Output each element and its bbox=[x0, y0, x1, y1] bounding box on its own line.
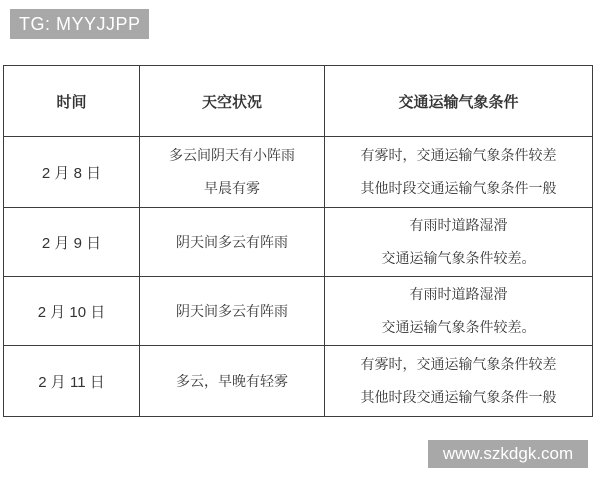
traffic-line: 有雨时道路湿滑 bbox=[325, 278, 592, 311]
sky-cell: 阴天间多云有阵雨 bbox=[140, 277, 325, 346]
date-cell: 2 月 11 日 bbox=[4, 346, 140, 417]
col-header-time: 时间 bbox=[4, 66, 140, 137]
sky-line: 多云间阴天有小阵雨 bbox=[140, 139, 324, 172]
sky-line: 早晨有雾 bbox=[140, 172, 324, 205]
traffic-line: 其他时段交通运输气象条件一般 bbox=[325, 381, 592, 414]
traffic-cell: 有雨时道路湿滑 交通运输气象条件较差。 bbox=[325, 208, 593, 277]
date-cell: 2 月 9 日 bbox=[4, 208, 140, 277]
sky-line: 多云，早晚有轻雾 bbox=[140, 365, 324, 398]
sky-cell: 多云间阴天有小阵雨 早晨有雾 bbox=[140, 137, 325, 208]
watermark-badge: www.szkdgk.com bbox=[428, 440, 588, 468]
date-cell: 2 月 8 日 bbox=[4, 137, 140, 208]
sky-line: 阴天间多云有阵雨 bbox=[140, 295, 324, 328]
site-tag-text: TG: MYYJJPP bbox=[19, 14, 141, 35]
traffic-line: 有雾时，交通运输气象条件较差 bbox=[325, 139, 592, 172]
table-row: 2 月 10 日 阴天间多云有阵雨 有雨时道路湿滑 交通运输气象条件较差。 bbox=[4, 277, 593, 346]
sky-cell: 阴天间多云有阵雨 bbox=[140, 208, 325, 277]
date-cell: 2 月 10 日 bbox=[4, 277, 140, 346]
weather-table: 时间 天空状况 交通运输气象条件 2 月 8 日 多云间阴天有小阵雨 早晨有雾 … bbox=[3, 65, 593, 417]
traffic-line: 交通运输气象条件较差。 bbox=[325, 311, 592, 344]
weather-table-container: 时间 天空状况 交通运输气象条件 2 月 8 日 多云间阴天有小阵雨 早晨有雾 … bbox=[3, 65, 593, 417]
traffic-line: 其他时段交通运输气象条件一般 bbox=[325, 172, 592, 205]
sky-cell: 多云，早晚有轻雾 bbox=[140, 346, 325, 417]
table-row: 2 月 9 日 阴天间多云有阵雨 有雨时道路湿滑 交通运输气象条件较差。 bbox=[4, 208, 593, 277]
traffic-cell: 有雾时，交通运输气象条件较差 其他时段交通运输气象条件一般 bbox=[325, 137, 593, 208]
traffic-line: 交通运输气象条件较差。 bbox=[325, 242, 592, 275]
traffic-cell: 有雾时，交通运输气象条件较差 其他时段交通运输气象条件一般 bbox=[325, 346, 593, 417]
col-header-traffic: 交通运输气象条件 bbox=[325, 66, 593, 137]
col-header-sky: 天空状况 bbox=[140, 66, 325, 137]
traffic-cell: 有雨时道路湿滑 交通运输气象条件较差。 bbox=[325, 277, 593, 346]
watermark-text: www.szkdgk.com bbox=[443, 444, 573, 464]
table-row: 2 月 11 日 多云，早晚有轻雾 有雾时，交通运输气象条件较差 其他时段交通运… bbox=[4, 346, 593, 417]
traffic-line: 有雨时道路湿滑 bbox=[325, 209, 592, 242]
site-tag-badge: TG: MYYJJPP bbox=[10, 9, 149, 39]
table-row: 2 月 8 日 多云间阴天有小阵雨 早晨有雾 有雾时，交通运输气象条件较差 其他… bbox=[4, 137, 593, 208]
traffic-line: 有雾时，交通运输气象条件较差 bbox=[325, 348, 592, 381]
sky-line: 阴天间多云有阵雨 bbox=[140, 226, 324, 259]
table-header-row: 时间 天空状况 交通运输气象条件 bbox=[4, 66, 593, 137]
